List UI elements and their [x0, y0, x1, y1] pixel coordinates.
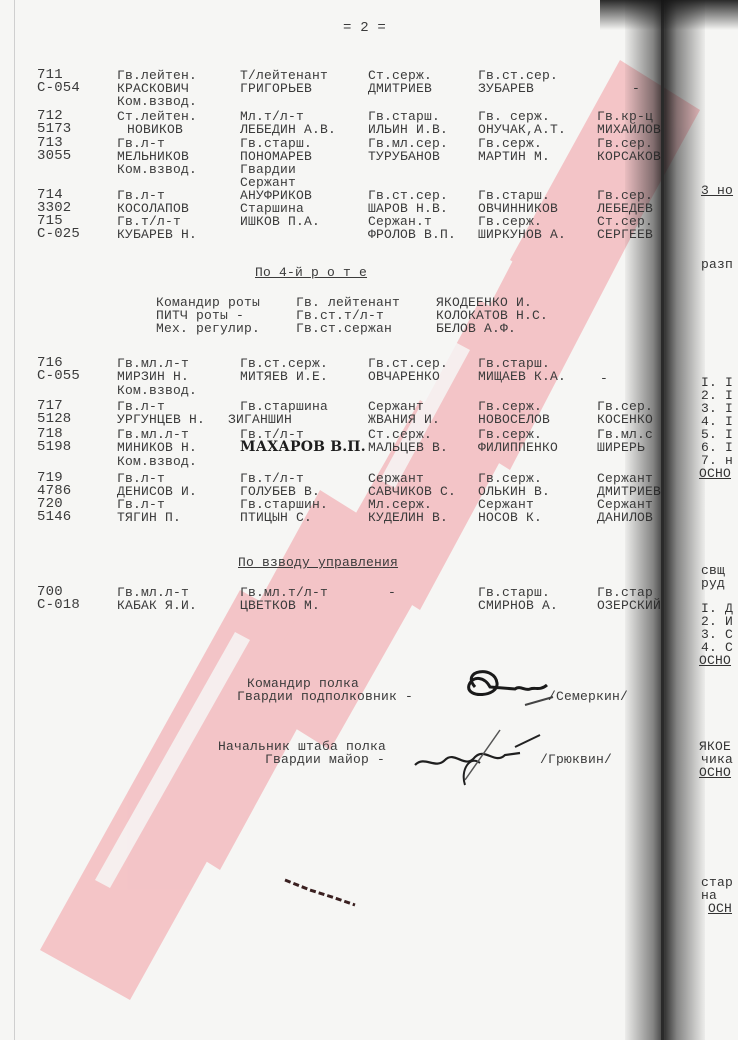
right-page-text: ОСНО [699, 654, 731, 667]
chief-of-staff-rank: Гвардии майор - [265, 753, 385, 766]
name-cell: КАБАК Я.И. [117, 599, 197, 612]
name-cell: ПТИЦЫН С. [240, 511, 312, 524]
officer-name: БЕЛОВ А.Ф. [436, 322, 516, 335]
right-page-text: руд [701, 577, 725, 590]
name-cell: ЦВЕТКОВ М. [240, 599, 320, 612]
name-cell: ДМИТРИЕВ [368, 82, 432, 95]
commander-rank: Гвардии подполковник - [237, 690, 413, 703]
row-code: 5198 [37, 441, 71, 454]
name-cell: ГРИГОРЬЕВ [240, 82, 312, 95]
row-code: 5128 [37, 413, 71, 426]
name-cell: МИЩАЕВ К.А. [478, 370, 566, 383]
name-cell: КУДЕЛИН В. [368, 511, 448, 524]
name-cell: МАЛЬЦЕВ В. [368, 441, 448, 454]
handwritten-name-cell: МАХАРОВ В.П. [240, 441, 366, 454]
section-heading-control-platoon: По взводу управления [238, 556, 398, 569]
name-cell: КУБАРЕВ Н. [117, 228, 197, 241]
rank-cell: - [388, 586, 396, 599]
right-page-text: ОСНО [699, 467, 731, 480]
archive-document-page: = 2 = 711 C-054 Гв.лейтен. КРАСКОВИЧ Ком… [0, 0, 738, 1040]
name-cell: НОВОСЕЛОВ [478, 413, 550, 426]
name-cell: ТЯГИН П. [117, 511, 181, 524]
row-code: C-055 [37, 370, 80, 383]
name-cell: ИШКОВ П.А. [240, 215, 320, 228]
row-code: 5146 [37, 511, 71, 524]
chief-of-staff-signature-icon [405, 725, 545, 795]
name-cell: ТУРУБАНОВ [368, 150, 440, 163]
name-cell: ОВЧАРЕНКО [368, 370, 440, 383]
right-page-text: разп [701, 258, 733, 271]
commander-signature-icon [455, 665, 555, 710]
position-cell: Ком.взвод. [117, 455, 197, 468]
name-cell: ЗИГАНШИН [228, 413, 292, 426]
top-corner-shadow [600, 0, 738, 30]
commander-name: /Семеркин/ [548, 690, 628, 703]
name-cell: МАРТИН М. [478, 150, 550, 163]
row-code: C-025 [37, 228, 80, 241]
left-margin-line [14, 0, 15, 1040]
rank-cell: - [600, 372, 608, 385]
position-cell: Ком.взвод. [117, 163, 197, 176]
ink-smudge-icon [280, 870, 380, 910]
name-cell: СМИРНОВ А. [478, 599, 558, 612]
name-cell: НОВИКОВ [127, 123, 183, 136]
chief-of-staff-name: /Грюквин/ [540, 753, 612, 766]
book-gutter-line [661, 0, 664, 1040]
name-cell: ФИЛИППЕНКО [478, 441, 558, 454]
name-cell: МИНИКОВ Н. [117, 441, 197, 454]
right-page-text: 3 но [701, 184, 733, 197]
name-cell: НОСОВ К. [478, 511, 542, 524]
name-cell: ШИРКУНОВ А. [478, 228, 566, 241]
name-cell: ЛЕБЕДИН А.В. [240, 123, 336, 136]
name-cell: ОНУЧАК,А.Т. [478, 123, 566, 136]
row-code: C-018 [37, 599, 80, 612]
right-page-text: ОСН [708, 902, 732, 915]
name-cell: ЗУБАРЕВ [478, 82, 534, 95]
officer-role: Мех. регулир. [156, 322, 260, 335]
page-number: = 2 = [343, 22, 386, 35]
row-code: C-054 [37, 82, 80, 95]
row-code: 3055 [37, 150, 71, 163]
name-cell: МИРЗИН Н. [117, 370, 189, 383]
name-cell: МИТЯЕВ И.Е. [240, 370, 328, 383]
name-cell: ИЛЬИН И.В. [368, 123, 448, 136]
position-cell: Ком.взвод. [117, 384, 197, 397]
officer-rank: Гв.ст.сержан [296, 322, 392, 335]
name-cell: ЖВАНИЯ И. [368, 413, 440, 426]
right-page-text: ОСНО [699, 766, 731, 779]
section-heading-4th-company: По 4-й р о т е [255, 266, 367, 279]
name-cell: УРГУНЦЕВ Н. [117, 413, 205, 426]
position-cell: Ком.взвод. [117, 95, 197, 108]
book-gutter-shadow [625, 0, 705, 1040]
name-cell: ФРОЛОВ В.П. [368, 228, 456, 241]
